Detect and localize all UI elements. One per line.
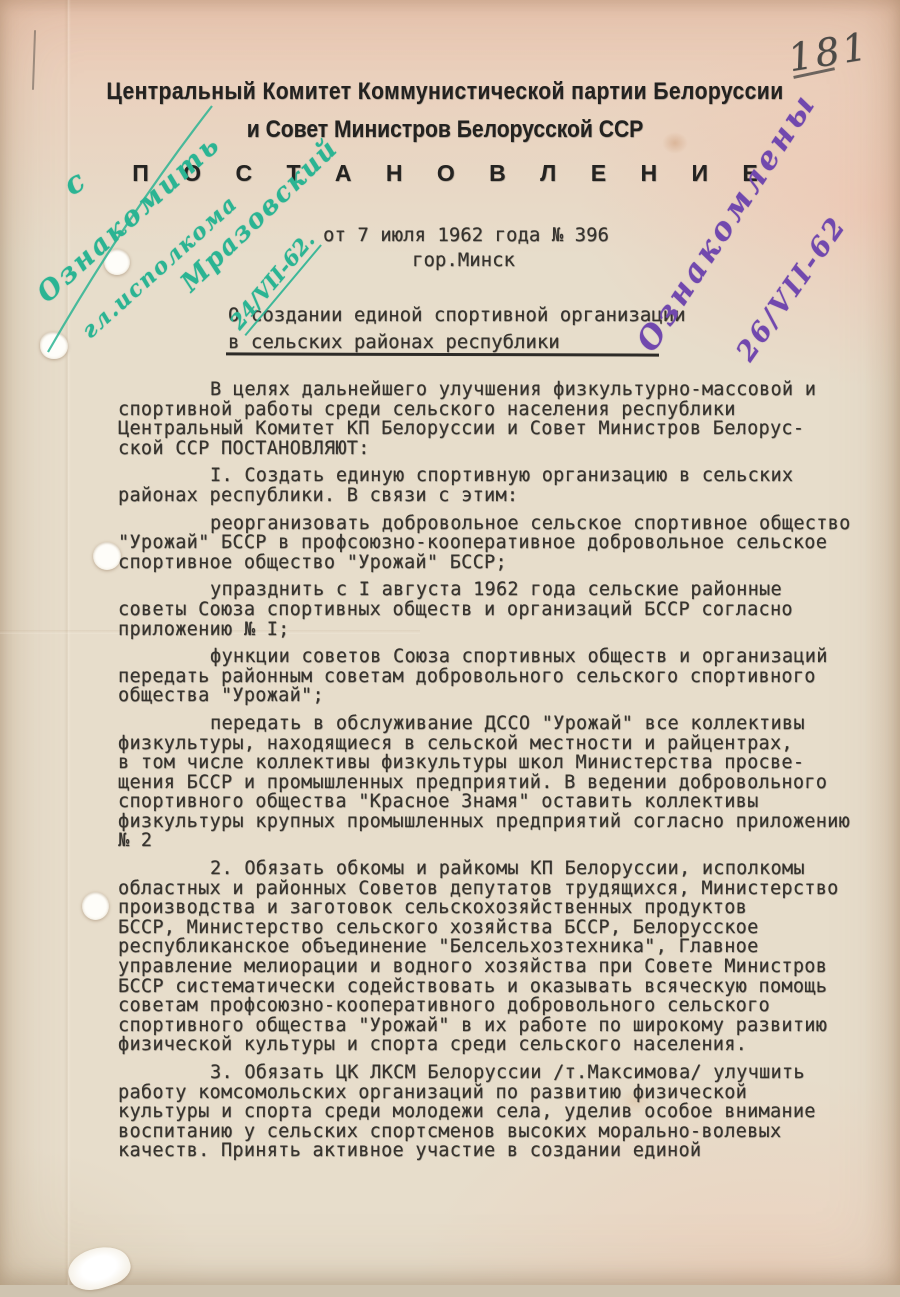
paragraph-item-2: 2. Обязать обкомы и райкомы КП Белорусси…	[118, 859, 888, 1055]
org-title-line2: и Совет Министров Белорусской ССР	[62, 116, 827, 144]
paragraph-preamble: В целях дальнейшего улучшения физкультур…	[118, 380, 888, 458]
date-number-line: от 7 июля 1962 года № 396	[323, 224, 609, 246]
city-line: гор.Минск	[412, 249, 515, 271]
paragraph-item-3: 3. Обязать ЦК ЛКСМ Белоруссии /т.Максимо…	[118, 1063, 888, 1161]
paragraph-transfer: передать в обслуживание ДССО "Урожай" вс…	[118, 714, 888, 851]
punch-hole	[93, 542, 121, 570]
punch-hole	[82, 892, 109, 920]
paragraph-abolish: упразднить с I августа 1962 года сельски…	[118, 580, 888, 639]
paragraph-item-1: I. Создать единую спортивную организацию…	[118, 466, 888, 505]
corner-tear	[63, 1239, 134, 1285]
pencil-mark	[32, 30, 36, 90]
document-page: Центральный Комитет Коммунистической пар…	[0, 0, 900, 1285]
paragraph-reorganize: реорганизовать добровольное сельское спо…	[118, 514, 888, 573]
pencil-page-number: 181	[785, 24, 872, 80]
purple-annotation-date: 26/VII-62	[731, 210, 854, 367]
punch-hole	[40, 332, 68, 359]
subject-heading: О создании единой спортивной организации…	[228, 302, 686, 356]
org-title-line1: Центральный Комитет Коммунистической пар…	[62, 78, 827, 106]
paragraph-functions: функции советов Союза спортивных обществ…	[118, 647, 888, 706]
decree-body: В целях дальнейшего улучшения физкультур…	[118, 380, 888, 1169]
